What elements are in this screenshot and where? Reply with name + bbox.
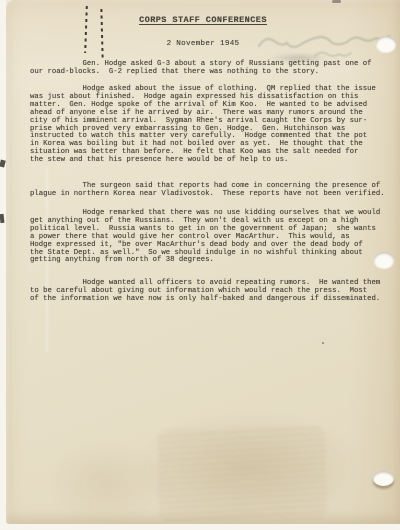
- paragraph-russians: Hodge remarked that there was no use kid…: [30, 210, 396, 265]
- edge-mark: [322, 342, 324, 344]
- paragraph-road-blocks: Gen. Hodge asked G-3 about a story of Ru…: [30, 61, 396, 77]
- scanned-document-photo: { "colors": { "scan_background": "#f6f4e…: [0, 0, 400, 530]
- punch-hole: [373, 471, 394, 486]
- edge-mark: [0, 159, 6, 167]
- bleed-through-text-shadow: [157, 426, 327, 521]
- paragraph-plague-report: The surgeon said that reports had come i…: [30, 183, 396, 199]
- paper-sheet: CORPS STAFF CONFERENCES 2 November 1945 …: [6, 0, 400, 524]
- bottom-left-stain: [46, 440, 166, 525]
- paragraph-rumors: Hodge wanted all officers to avoid repea…: [30, 280, 396, 304]
- edge-mark: [332, 0, 341, 3]
- document-date: 2 November 1945: [6, 40, 400, 48]
- edge-mark: [0, 214, 4, 223]
- document-title: CORPS STAFF CONFERENCES: [6, 15, 400, 25]
- paragraph-clothing-kim-koo: Hodge asked about the issue of clothing.…: [30, 86, 396, 165]
